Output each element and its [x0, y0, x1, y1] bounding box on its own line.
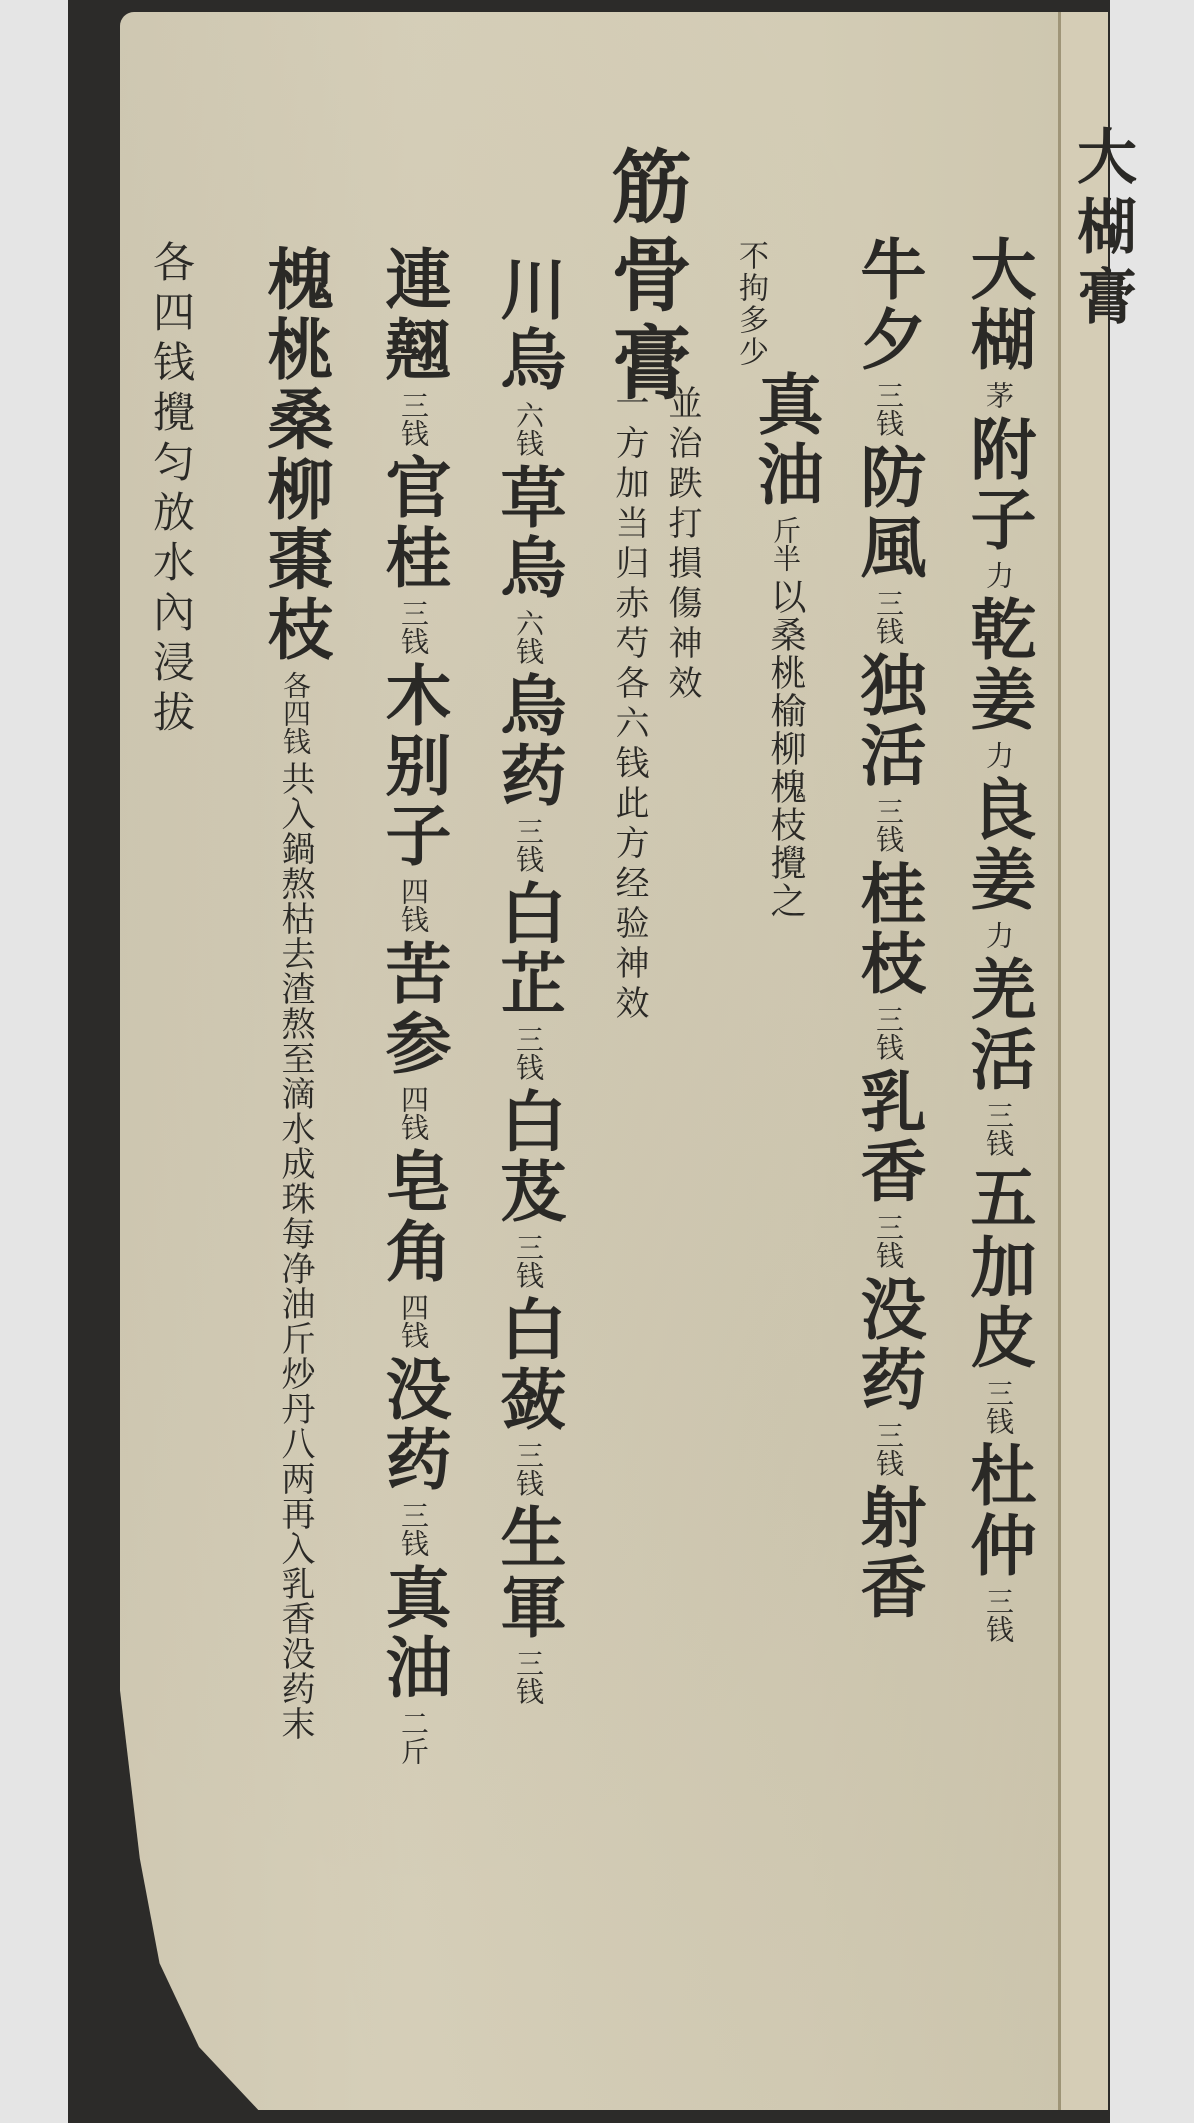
- preparation-instructions: 各四钱攪匀放水內浸拔: [147, 240, 196, 740]
- dosage: 三钱: [982, 1379, 1015, 1435]
- ingredient: 羌活: [959, 955, 1037, 1095]
- dosage: 二斤: [397, 1709, 430, 1765]
- dosage: 三钱: [982, 1101, 1015, 1157]
- ingredient: 皂角: [374, 1147, 452, 1287]
- title-annotation-left: 一方加当归赤芍各六钱此方经验神效: [612, 385, 646, 1025]
- dosage: 各四钱: [279, 671, 312, 755]
- ingredient: 没药: [374, 1355, 452, 1495]
- dosage: 三钱: [512, 1441, 545, 1497]
- ingredient: 射香: [849, 1483, 927, 1623]
- recipe-column-6: 連翹三钱官桂三钱木别子四钱苦参四钱皂角四钱没药三钱真油二斤: [380, 245, 446, 1771]
- dosage: 三钱: [872, 589, 905, 645]
- quantity-side-note: 不拘多少: [735, 240, 765, 368]
- page-fold-line: [1058, 12, 1061, 2110]
- dosage: 三钱: [512, 1025, 545, 1081]
- ingredient: 川烏: [489, 255, 567, 395]
- preparation-instructions: 共入鍋熬枯去渣熬至滴水成珠每净油斤炒丹八两再入乳香没药末: [275, 761, 315, 1741]
- dosage: 三钱: [872, 1421, 905, 1477]
- ingredient: 杜仲: [959, 1441, 1037, 1581]
- ingredient: 良姜: [959, 775, 1037, 915]
- ingredient: 真油: [746, 370, 824, 510]
- dosage: 六钱: [512, 609, 545, 665]
- ingredient: 白蔹: [489, 1295, 567, 1435]
- dosage: 三钱: [872, 1005, 905, 1061]
- ingredient: 五加皮: [959, 1163, 1037, 1373]
- ingredient: 木别子: [374, 661, 452, 871]
- dosage: 三钱: [872, 797, 905, 853]
- ingredient: 烏药: [489, 671, 567, 811]
- ingredient: 生軍: [489, 1503, 567, 1643]
- dosage: 力: [982, 741, 1015, 769]
- dosage: 三钱: [397, 1501, 430, 1557]
- ingredient: 乳香: [849, 1067, 927, 1207]
- ingredient: 白芷: [489, 879, 567, 1019]
- ingredient: 苦参: [374, 939, 452, 1079]
- dosage: 六钱: [512, 401, 545, 457]
- dosage: 力: [982, 921, 1015, 949]
- recipe-column-2: 牛夕三钱防風三钱独活三钱桂枝三钱乳香三钱没药三钱射香: [855, 235, 921, 1623]
- dosage: 三钱: [872, 381, 905, 437]
- dosage: 三钱: [512, 1233, 545, 1289]
- ingredient: 防風: [849, 443, 927, 583]
- dosage: 三钱: [872, 1213, 905, 1269]
- dosage: 三钱: [512, 1649, 545, 1705]
- ingredient: 白芨: [489, 1087, 567, 1227]
- dosage: 四钱: [397, 877, 430, 933]
- title-annotation-right: 並治跌打損傷神效: [665, 385, 699, 705]
- ingredient: 連翹: [374, 245, 452, 385]
- ingredient: 桂枝: [849, 859, 927, 999]
- adjacent-page-heading: 大楜膏: [1072, 125, 1132, 335]
- ingredient: 牛夕: [849, 235, 927, 375]
- recipe-title: 筋骨膏: [605, 145, 685, 409]
- dosage: 力: [982, 561, 1015, 589]
- dosage: 三钱: [397, 599, 430, 655]
- ingredient: 官桂: [374, 453, 452, 593]
- dosage: 三钱: [512, 817, 545, 873]
- recipe-column-7: 槐桃桑柳棗枝各四钱共入鍋熬枯去渣熬至滴水成珠每净油斤炒丹八两再入乳香没药末: [262, 245, 328, 1741]
- ingredient: 草烏: [489, 463, 567, 603]
- dosage: 四钱: [397, 1293, 430, 1349]
- dosage: 三钱: [982, 1587, 1015, 1643]
- ingredient: 真油: [374, 1563, 452, 1703]
- dosage: 茅: [982, 381, 1015, 409]
- ingredient: 独活: [849, 651, 927, 791]
- ingredient: 乾姜: [959, 595, 1037, 735]
- ingredient: 槐桃桑柳棗枝: [256, 245, 334, 665]
- dosage: 斤半: [769, 516, 802, 572]
- ingredient: 附子: [959, 415, 1037, 555]
- ingredient: 没药: [849, 1275, 927, 1415]
- recipe-column-8: 各四钱攪匀放水內浸拔: [150, 240, 192, 740]
- ingredient: 大楜: [959, 235, 1037, 375]
- recipe-column-3: 真油斤半以桑桃榆柳槐枝攪之: [752, 370, 818, 920]
- dosage: 四钱: [397, 1085, 430, 1141]
- recipe-column-5: 川烏六钱草烏六钱烏药三钱白芷三钱白芨三钱白蔹三钱生軍三钱: [495, 255, 561, 1711]
- dosage: 三钱: [397, 391, 430, 447]
- preparation-note: 以桑桃榆柳槐枝攪之: [765, 578, 806, 920]
- recipe-column-1: 大楜茅附子力乾姜力良姜力羌活三钱五加皮三钱杜仲三钱: [965, 235, 1031, 1649]
